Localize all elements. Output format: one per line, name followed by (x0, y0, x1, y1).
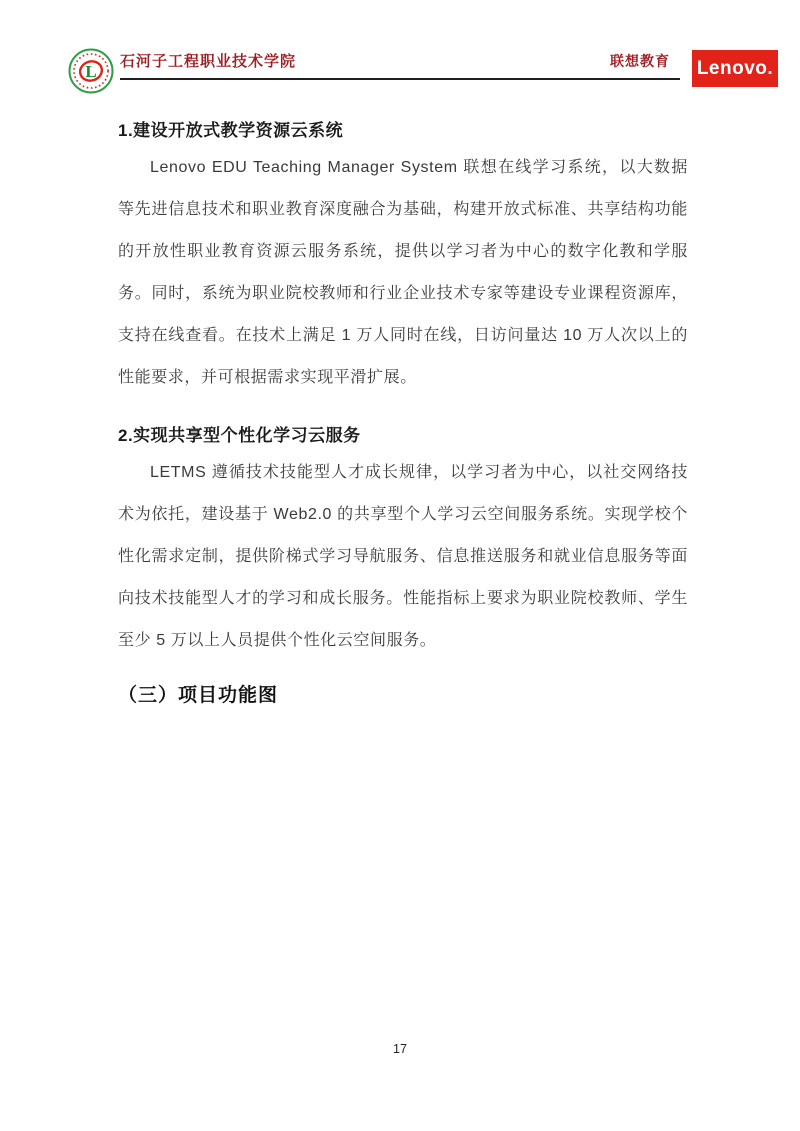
section-heading-1: 1.建设开放式教学资源云系统 (118, 116, 688, 141)
section-heading-2: 2.实现共享型个性化学习云服务 (118, 421, 688, 446)
header-rule: 石河子工程职业技术学院 联想教育 (120, 46, 680, 80)
lenovo-logo: Lenovo. (692, 50, 778, 87)
brand-label: 联想教育 (610, 51, 680, 71)
subsection-heading: （三）项目功能图 (118, 680, 688, 707)
lenovo-logo-text: Lenovo. (697, 58, 773, 80)
document-page: L 石河子工程职业技术学院 联想教育 Lenovo. 1.建设开放式教学资源云系… (0, 0, 800, 1131)
school-emblem-icon: L (68, 48, 114, 94)
school-name: 石河子工程职业技术学院 (120, 50, 296, 71)
section-paragraph-2: LETMS 遵循技术技能型人才成长规律，以学习者为中心，以社交网络技术为依托，建… (118, 452, 688, 662)
page-header: L 石河子工程职业技术学院 联想教育 Lenovo. (0, 0, 800, 94)
page-number: 17 (0, 1042, 800, 1056)
document-body: 1.建设开放式教学资源云系统 Lenovo EDU Teaching Manag… (118, 116, 688, 707)
svg-text:L: L (85, 62, 96, 81)
section-paragraph-1: Lenovo EDU Teaching Manager System 联想在线学… (118, 147, 688, 399)
